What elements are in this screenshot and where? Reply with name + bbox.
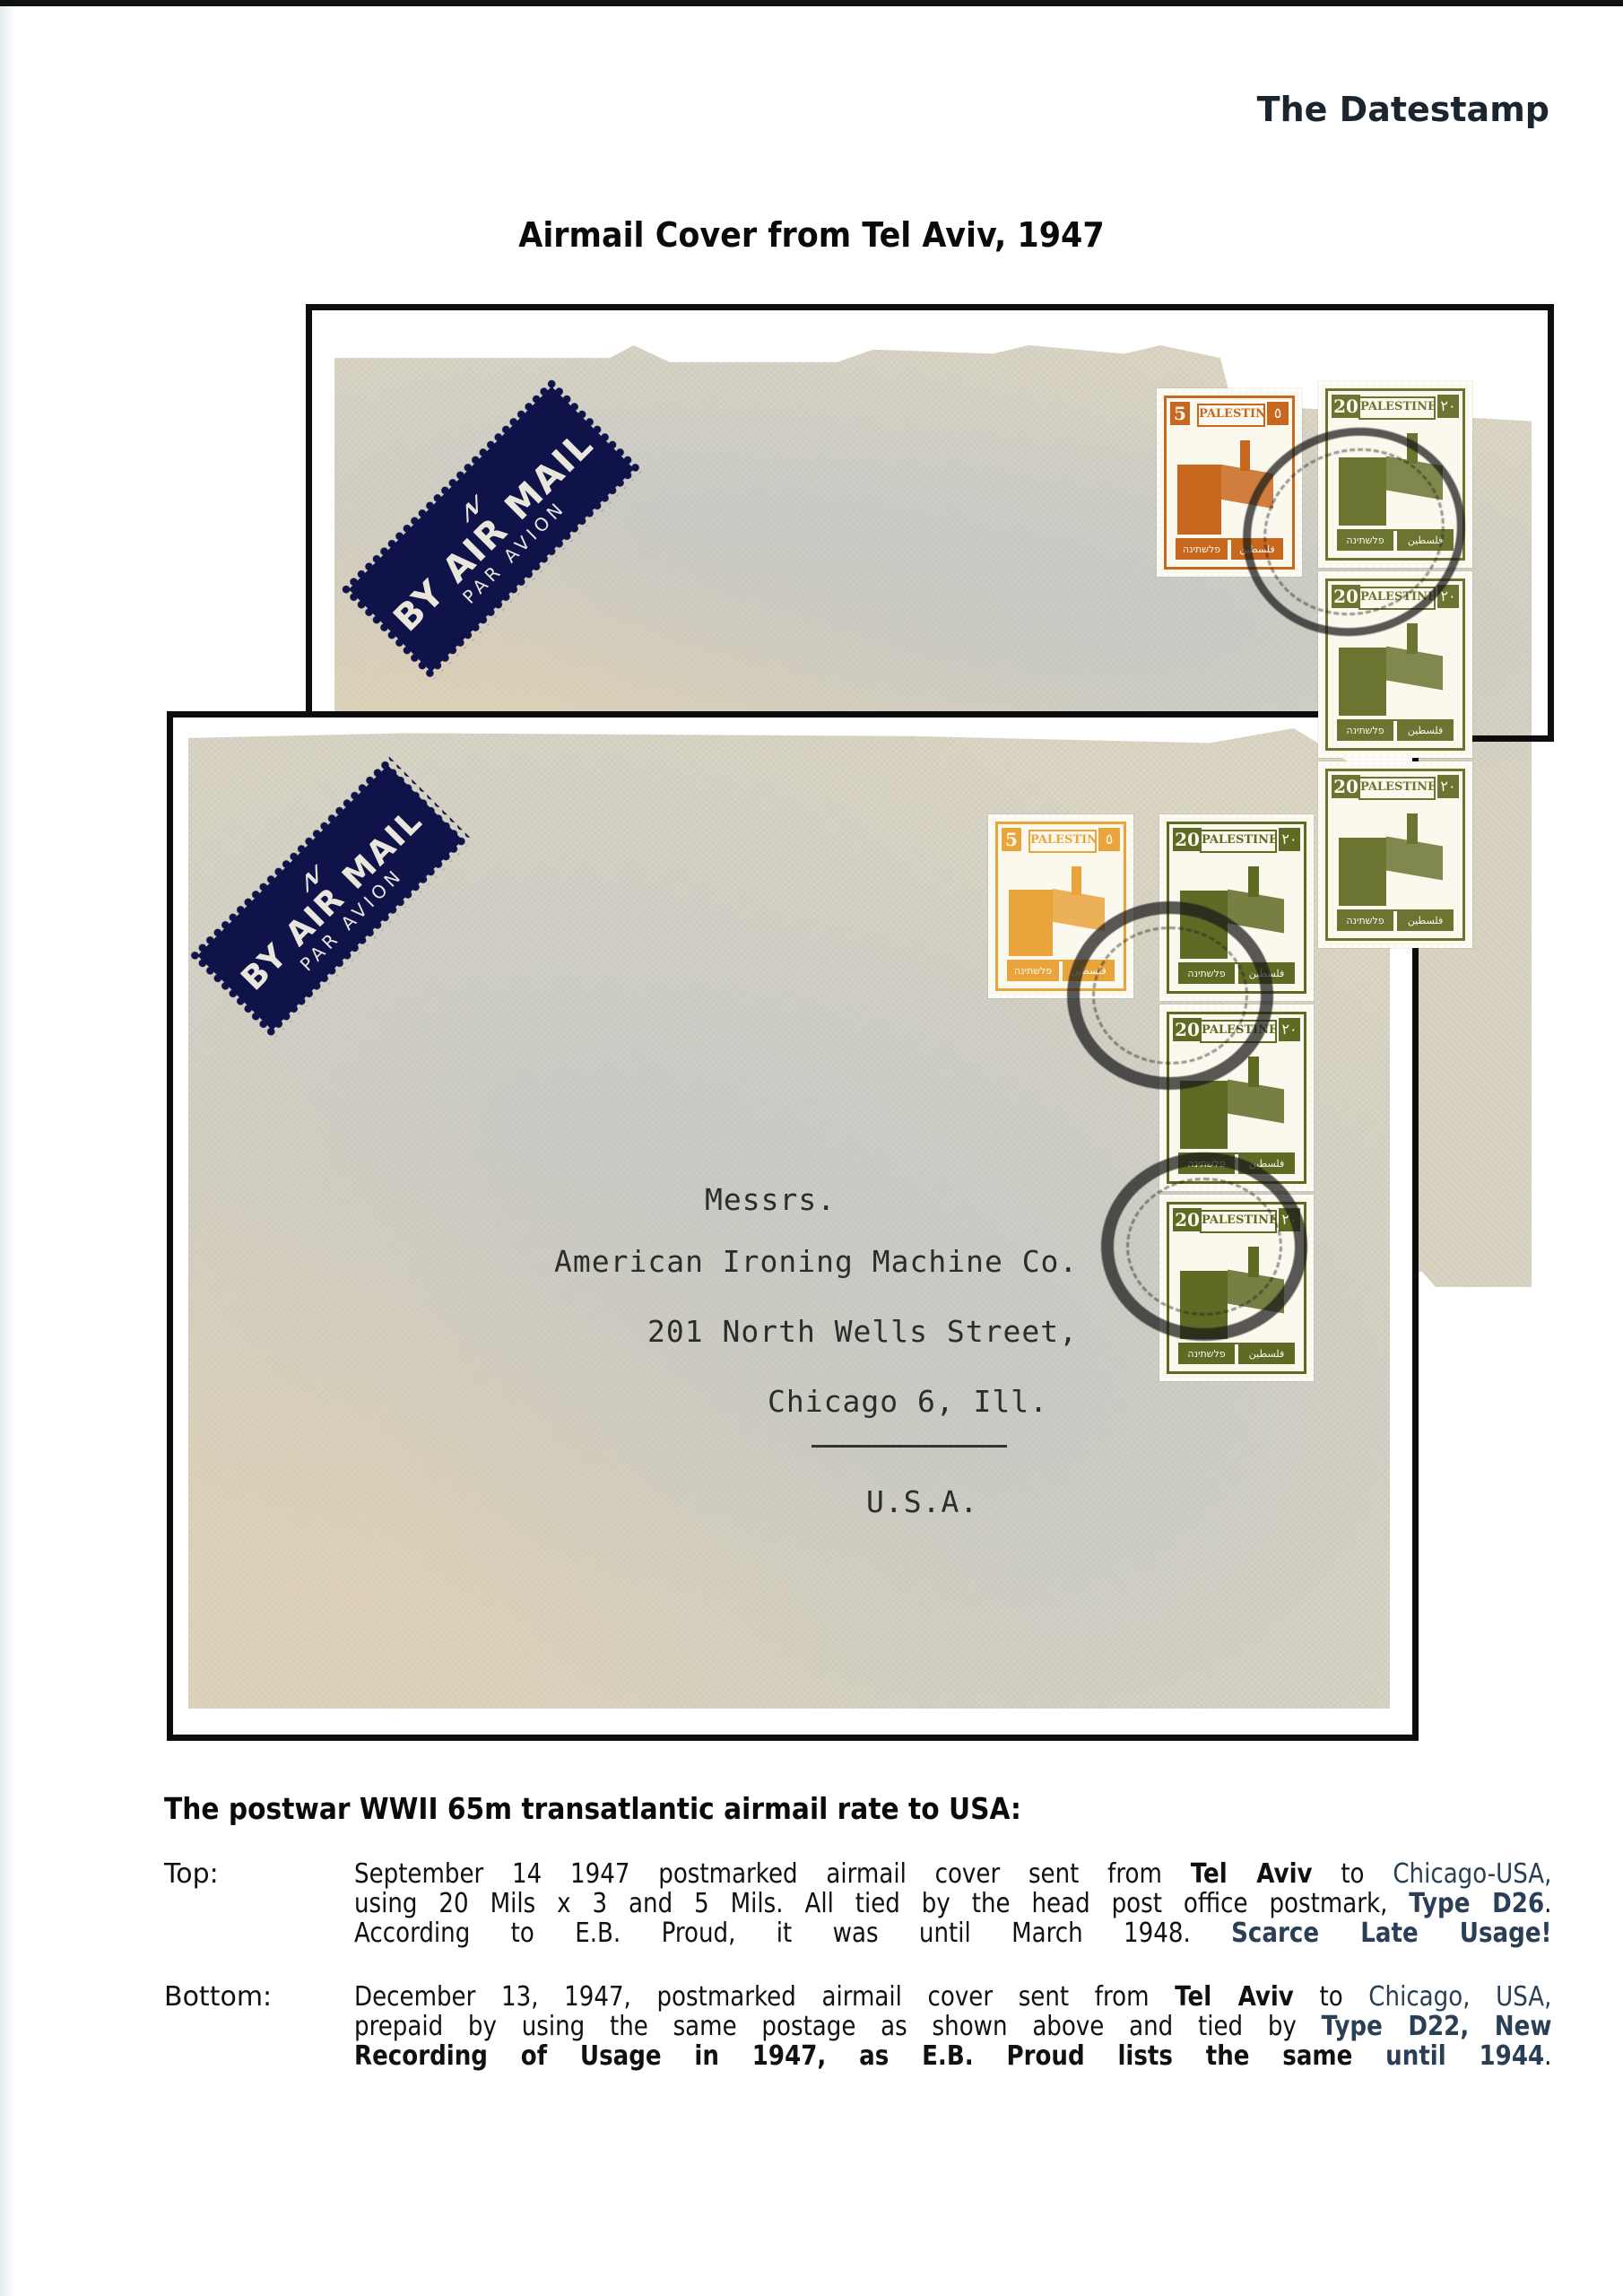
stamp-arabic-value: ٥ <box>1267 402 1289 425</box>
address-line: U.S.A. <box>866 1484 978 1519</box>
stamp-value: 20 <box>1332 775 1360 798</box>
page-title: Airmail Cover from Tel Aviv, 1947 <box>65 215 1558 255</box>
stamp-country: PALESTINE <box>1358 777 1436 800</box>
description-line: using 20 Mils x 3 and 5 Mils. All tied b… <box>354 1889 1551 1918</box>
description-heading: The postwar WWII 65m transatlantic airma… <box>164 1791 1021 1826</box>
citadel-icon <box>1339 805 1452 906</box>
stamp-value: 20 <box>1173 828 1202 851</box>
description-line: prepaid by using the same postage as sho… <box>354 2012 1551 2041</box>
stamp-footer: פלשתינהفلسطين <box>1178 1343 1295 1364</box>
stamp-arabic-value: ٥ <box>1098 828 1120 851</box>
top-cover-stamp: 20 PALESTINE ٢٠ פלשתינהفلسطين <box>1318 761 1472 948</box>
bottom-cover-postmark-1 <box>1067 901 1273 1090</box>
description-text: September 14 1947 postmarked airmail cov… <box>354 1859 1551 1948</box>
description-label: Bottom: <box>164 1982 272 2012</box>
stamp-country: PALESTINE <box>1358 396 1436 420</box>
description-line: December 13, 1947, postmarked airmail co… <box>354 1982 1551 2012</box>
stamp-value: 5 <box>1002 828 1021 851</box>
stamp-arabic-value: ٢٠ <box>1437 775 1459 798</box>
stamp-footer: פלשתינהفلسطين <box>1337 909 1454 931</box>
bottom-cover-postmark-2 <box>1101 1152 1307 1341</box>
address-underline <box>811 1445 1007 1448</box>
stamp-arabic-value: ٢٠ <box>1437 395 1459 418</box>
page-top-edge <box>0 0 1623 6</box>
description-text: December 13, 1947, postmarked airmail co… <box>354 1982 1551 2071</box>
description-line: September 14 1947 postmarked airmail cov… <box>354 1859 1551 1889</box>
stamp-value: 20 <box>1332 395 1360 418</box>
stamp-arabic-value: ٢٠ <box>1279 828 1300 851</box>
address-line: Chicago 6, Ill. <box>768 1384 1048 1419</box>
description-line: According to E.B. Proud, it was until Ma… <box>354 1918 1551 1948</box>
stamp-country: PALESTINE <box>1200 830 1277 853</box>
stamp-value: 5 <box>1170 402 1190 425</box>
stamp-footer: פלשתינהفلسطين <box>1337 719 1454 741</box>
page-left-edge <box>0 6 14 2296</box>
stamp-country: PALESTINE <box>1028 830 1097 853</box>
stamp-arabic-value: ٢٠ <box>1279 1018 1300 1041</box>
address-line: Messrs. <box>705 1182 836 1217</box>
section-header: The Datestamp <box>1257 90 1549 129</box>
address-line: American Ironing Machine Co. <box>554 1244 1078 1279</box>
description-line: Recording of Usage in 1947, as E.B. Prou… <box>354 2041 1551 2071</box>
stamp-country: PALESTINE <box>1197 404 1265 427</box>
description-label: Top: <box>164 1859 219 1889</box>
address-line: 201 North Wells Street, <box>647 1314 1078 1349</box>
